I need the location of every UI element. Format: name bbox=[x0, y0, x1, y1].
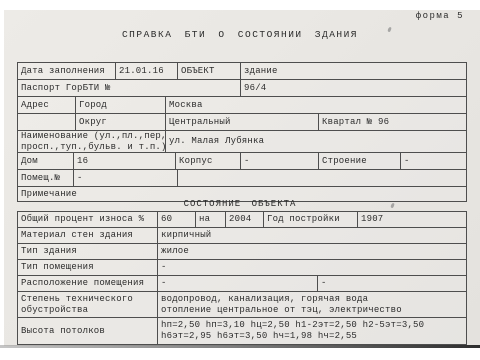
house-value: 16 bbox=[74, 153, 176, 169]
table-row-city: Адрес Город Москва bbox=[18, 97, 466, 114]
utilities-value-line1: водопровод, канализация, горячая вода bbox=[161, 294, 463, 305]
date-label: Дата заполнения bbox=[18, 63, 116, 79]
utilities-label-line1: Степень технического bbox=[21, 294, 154, 305]
room-label: Помещ.№ bbox=[18, 170, 74, 186]
building-type-label: Тип здания bbox=[18, 244, 158, 259]
table-row-building-type: Тип здания жилое bbox=[18, 244, 466, 260]
passport-value: 96/4 bbox=[241, 80, 466, 96]
wear-year: 2004 bbox=[226, 212, 264, 227]
page-title: СПРАВКА БТИ О СОСТОЯНИИ ЗДАНИЯ bbox=[0, 29, 480, 40]
table-row-utilities: Степень технического обустройства водопр… bbox=[18, 292, 466, 318]
section-title: СОСТОЯНИЕ ОБЪЕКТА bbox=[0, 199, 480, 209]
quarter-label: Квартал № 96 bbox=[319, 114, 466, 130]
building-info-table: Дата заполнения 21.01.16 ОБЪЕКТ здание П… bbox=[17, 62, 467, 202]
stroenie-label: Строение bbox=[319, 153, 401, 169]
table-row-street: Наименование (ул.,пл.,пер, просп.,туп.,б… bbox=[18, 131, 466, 153]
location-value1: - bbox=[158, 276, 318, 291]
street-label: Наименование (ул.,пл.,пер, просп.,туп.,б… bbox=[18, 131, 166, 152]
condition-table: Общий процент износа % 60 на 2004 Год по… bbox=[17, 211, 467, 345]
city-label: Город bbox=[76, 97, 166, 113]
ceiling-value-line2: h6эт=2,95 h6эт=3,50 hч=1,98 hч=2,55 bbox=[161, 331, 463, 342]
table-row-room: Помещ.№ - bbox=[18, 170, 466, 187]
location-label: Расположение помещения bbox=[18, 276, 158, 291]
district-label: Округ bbox=[76, 114, 166, 130]
walls-value: кирпичный bbox=[158, 228, 466, 243]
ceiling-value-line1: hп=2,50 hп=3,10 hц=2,50 h1-2эт=2,50 h2-5… bbox=[161, 320, 463, 331]
utilities-label-line2: обустройства bbox=[21, 305, 154, 316]
wear-on-label: на bbox=[196, 212, 226, 227]
built-year: 1907 bbox=[358, 212, 466, 227]
premises-type-label: Тип помещения bbox=[18, 260, 158, 275]
wear-label: Общий процент износа % bbox=[18, 212, 158, 227]
stroenie-value: - bbox=[401, 153, 466, 169]
district-value: Центральный bbox=[166, 114, 319, 130]
table-row-passport: Паспорт ГорБТИ № 96/4 bbox=[18, 80, 466, 97]
ceiling-label: Высота потолков bbox=[18, 318, 158, 344]
scan-bottom-edge bbox=[0, 345, 480, 348]
passport-label: Паспорт ГорБТИ № bbox=[18, 80, 241, 96]
object-value: здание bbox=[241, 63, 466, 79]
table-row-location: Расположение помещения - - bbox=[18, 276, 466, 292]
room-spacer bbox=[178, 170, 466, 186]
date-value: 21.01.16 bbox=[116, 63, 178, 79]
utilities-value-line2: отопление центральное от тэц, электричес… bbox=[161, 305, 463, 316]
table-row-house: Дом 16 Корпус - Строение - bbox=[18, 153, 466, 170]
street-label-line1: Наименование (ул.,пл.,пер, bbox=[21, 131, 162, 142]
korpus-value: - bbox=[241, 153, 319, 169]
table-row-ceiling-height: Высота потолков hп=2,50 hп=3,10 hц=2,50 … bbox=[18, 318, 466, 344]
street-value: ул. Малая Лубянка bbox=[166, 131, 466, 152]
house-label: Дом bbox=[18, 153, 74, 169]
room-value: - bbox=[74, 170, 178, 186]
table-row-district: Округ Центральный Квартал № 96 bbox=[18, 114, 466, 131]
address-spacer bbox=[18, 114, 76, 130]
street-label-line2: просп.,туп.,бульв. и т.п.) bbox=[21, 142, 162, 153]
object-label: ОБЪЕКТ bbox=[178, 63, 241, 79]
table-row-wear: Общий процент износа % 60 на 2004 Год по… bbox=[18, 212, 466, 228]
utilities-label: Степень технического обустройства bbox=[18, 292, 158, 317]
wear-value: 60 bbox=[158, 212, 196, 227]
building-type-value: жилое bbox=[158, 244, 466, 259]
city-value: Москва bbox=[166, 97, 466, 113]
ceiling-value: hп=2,50 hп=3,10 hц=2,50 h1-2эт=2,50 h2-5… bbox=[158, 318, 466, 344]
utilities-value: водопровод, канализация, горячая вода от… bbox=[158, 292, 466, 317]
walls-label: Материал стен здания bbox=[18, 228, 158, 243]
built-label: Год постройки bbox=[264, 212, 358, 227]
table-row-premises-type: Тип помещения - bbox=[18, 260, 466, 276]
premises-type-value: - bbox=[158, 260, 466, 275]
form-number-label: форма 5 bbox=[416, 11, 464, 21]
table-row-walls: Материал стен здания кирпичный bbox=[18, 228, 466, 244]
korpus-label: Корпус bbox=[176, 153, 241, 169]
table-row-date-object: Дата заполнения 21.01.16 ОБЪЕКТ здание bbox=[18, 63, 466, 80]
address-label: Адрес bbox=[18, 97, 76, 113]
location-value2: - bbox=[318, 276, 466, 291]
